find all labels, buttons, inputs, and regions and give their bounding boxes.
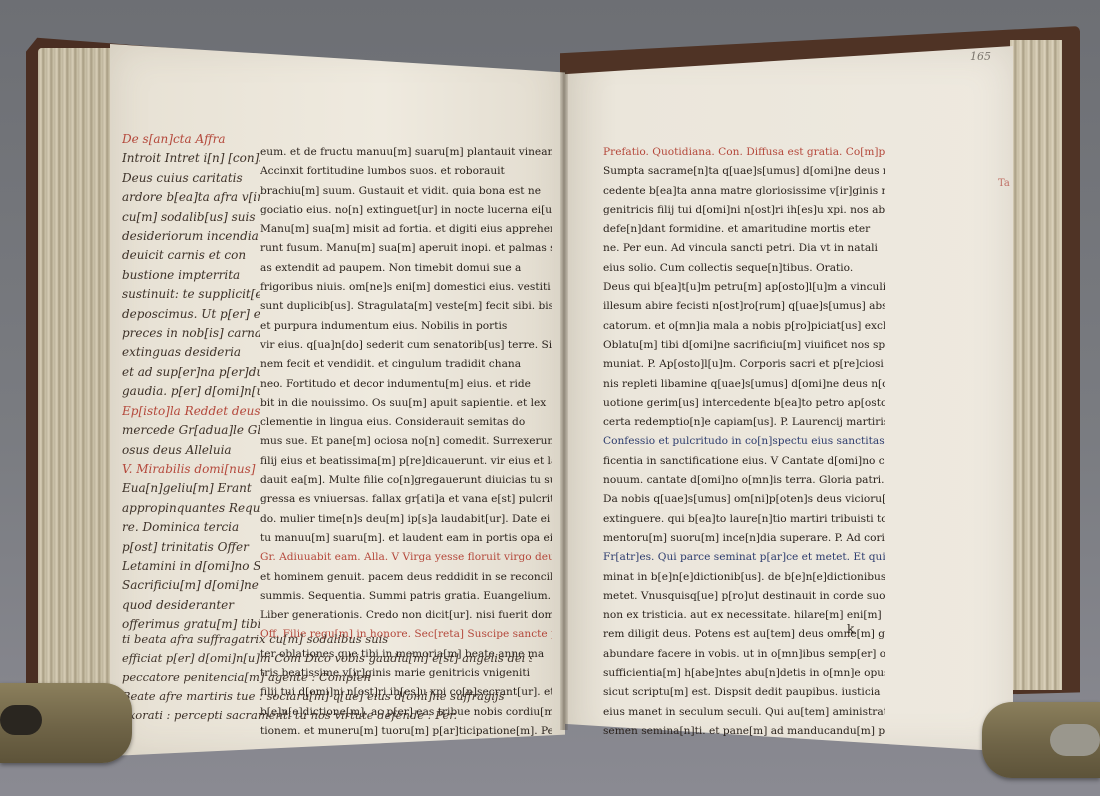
- book-gutter: [560, 70, 568, 730]
- printed-line: eum. et de fructu manuu[m] suaru[m] plan…: [260, 143, 552, 162]
- manuscript-line: Introit Intret i[n] [con]spectu: [122, 149, 260, 168]
- printed-line: do. mulier time[n]s deu[m] ip[s]a laudab…: [260, 510, 552, 529]
- printed-line: vir eius. q[ua]n[do] sederit cum senator…: [260, 336, 552, 355]
- printed-line: mentoru[m] suoru[m] ince[n]dia superare.…: [603, 529, 885, 548]
- printed-line: eius manet in seculum seculi. Qui au[tem…: [603, 703, 885, 722]
- manuscript-line: osus deus Alleluia: [122, 441, 260, 460]
- manuscript-line: preces in nob[is] carnalia: [122, 324, 260, 343]
- printed-line: Fr[atr]es. Qui parce seminat p[ar]ce et …: [603, 548, 885, 567]
- printed-line: illesum abire fecisti n[ost]ro[rum] q[ua…: [603, 297, 885, 316]
- printed-line: runt fusum. Manu[m] sua[m] aperuit inopi…: [260, 239, 552, 258]
- printed-line: abundare facere in vobis. ut in o[mn]ibu…: [603, 645, 885, 664]
- printed-line: certa redemptio[n]e capiam[us]. P. Laure…: [603, 413, 885, 432]
- manuscript-line: extinguas desideria: [122, 343, 260, 362]
- printed-line: Da nobis q[uae]s[umus] om[ni]p[oten]s de…: [603, 490, 885, 509]
- manuscript-line: Beate afre martiris tue : sociaru[m] q[u…: [122, 687, 532, 706]
- printed-line: catorum. et o[mn]ia mala a nobis p[ro]pi…: [603, 317, 885, 336]
- printed-line: eius solio. Cum collectis seque[n]tibus.…: [603, 259, 885, 278]
- manuscript-line: et ad sup[er]na p[er]ducas: [122, 363, 260, 382]
- printed-line: muniat. P. Ap[osto]l[u]m. Corporis sacri…: [603, 355, 885, 374]
- printed-line: Deus qui b[ea]t[u]m petru[m] ap[osto]l[u…: [603, 278, 885, 297]
- printed-line: filij eius et beatissima[m] p[re]dicauer…: [260, 452, 552, 471]
- printed-line: Oblatu[m] tibi d[omi]ne sacrificiu[m] vi…: [603, 336, 885, 355]
- printed-line: cedente b[ea]ta anna matre gloriosissime…: [603, 182, 885, 201]
- printed-line: summis. Sequentia. Summi patris gratia. …: [260, 587, 552, 606]
- folio-number: 165: [970, 50, 991, 63]
- manuscript-line: Deus cuius caritatis: [122, 169, 260, 188]
- printed-line: frigoribus niuis. om[ne]s eni[m] domesti…: [260, 278, 552, 297]
- manuscript-line: bustione impterrita: [122, 266, 260, 285]
- photo-scene: De s[an]cta Affra Introit Intret i[n] [c…: [0, 0, 1100, 796]
- manuscript-line: mercede Gr[adua]le Glori: [122, 421, 260, 440]
- printed-line: extinguere. qui b[ea]to laure[n]tio mart…: [603, 510, 885, 529]
- printed-line: neo. Fortitudo et decor indumentu[m] eiu…: [260, 375, 552, 394]
- manuscript-column: De s[an]cta Affra Introit Intret i[n] [c…: [122, 130, 260, 635]
- manuscript-line: efficiat p[er] d[omi]n[u]m Com Dico vobi…: [122, 649, 532, 668]
- manuscript-line: deposcimus. Ut p[er] eius: [122, 305, 260, 324]
- printed-line: ne. Per eun. Ad vincula sancti petri. Di…: [603, 239, 885, 258]
- manuscript-line: peccatore penitencia[m] agente : Complen: [122, 668, 532, 687]
- printed-line: Accinxit fortitudine lumbos suos. et rob…: [260, 162, 552, 181]
- manuscript-line: De s[an]cta Affra: [122, 130, 260, 149]
- right-page-edges: [1010, 40, 1062, 690]
- right-brass-clasp: [982, 702, 1100, 778]
- printed-line: nem fecit et vendidit. et cingulum tradi…: [260, 355, 552, 374]
- manuscript-line: Letamini in d[omi]no Sec[reta]: [122, 557, 260, 576]
- printed-line: Sumpta sacrame[n]ta q[uae]s[umus] d[omi]…: [603, 162, 885, 181]
- manuscript-line: ti beata afra suffragatrix cu[m] sodalib…: [122, 630, 532, 649]
- printed-line: tu manuu[m] suaru[m]. et laudent eam in …: [260, 529, 552, 548]
- printed-line: dauit ea[m]. Multe filie co[n]gregauerun…: [260, 471, 552, 490]
- printed-line: bit in die nouissimo. Os suu[m] apuit sa…: [260, 394, 552, 413]
- manuscript-line: re. Dominica tercia: [122, 518, 260, 537]
- manuscript-line: Sacrificiu[m] d[omi]ne: [122, 576, 260, 595]
- manuscript-line: desideriorum incendia: [122, 227, 260, 246]
- printed-line: et hominem genuit. pacem deus reddidit i…: [260, 568, 552, 587]
- printed-line: rem diligit deus. Potens est au[tem] deu…: [603, 625, 885, 644]
- printed-line: Confessio et pulcritudo in co[n]spectu e…: [603, 432, 885, 451]
- manuscript-line: Eua[n]geliu[m] Erant: [122, 479, 260, 498]
- manuscript-line: appropinquantes Requi: [122, 499, 260, 518]
- printed-line: genitricis filij tui d[omi]ni n[ost]ri i…: [603, 201, 885, 220]
- manuscript-line: V. Mirabilis domi[nus]: [122, 460, 260, 479]
- margin-note: Ta: [998, 178, 1010, 189]
- printed-line: semen semina[n]ti. et pane[m] ad manduca…: [603, 722, 885, 741]
- manuscript-line: quod desideranter: [122, 596, 260, 615]
- manuscript-line: ardore b[ea]ta afra v[ir]go: [122, 188, 260, 207]
- printed-line: clementie in lingua eius. Considerauit s…: [260, 413, 552, 432]
- printed-line: Gr. Adiuuabit eam. Alla. V Virga yesse f…: [260, 548, 552, 567]
- printed-line: non ex tristicia. aut ex necessitate. hi…: [603, 606, 885, 625]
- manuscript-line: gaudia. p[er] d[omi]n[u]m: [122, 382, 260, 401]
- printed-line: nouum. cantate d[omi]no o[mn]is terra. G…: [603, 471, 885, 490]
- printed-line: ficentia in sanctificatione eius. V Cant…: [603, 452, 885, 471]
- printed-line: brachiu[m] suum. Gustauit et vidit. quia…: [260, 182, 552, 201]
- printed-line: minat in b[e]n[e]dictionib[us]. de b[e]n…: [603, 568, 885, 587]
- manuscript-line: exorati : percepti sacramenti tu nos vir…: [122, 706, 532, 725]
- manuscript-line: deuicit carnis et con: [122, 246, 260, 265]
- printed-line: sufficientia[m] h[abe]ntes abu[n]detis i…: [603, 664, 885, 683]
- printed-line: gressa es vniuersas. fallax gr[ati]a et …: [260, 490, 552, 509]
- manuscript-line: sustinuit: te supplicit[er]: [122, 285, 260, 304]
- printed-line: sunt duplicib[us]. Stragulata[m] veste[m…: [260, 297, 552, 316]
- printed-line: gociatio eius. no[n] extinguet[ur] in no…: [260, 201, 552, 220]
- signature-mark: k: [847, 622, 854, 636]
- manuscript-line: p[ost] trinitatis Offer: [122, 538, 260, 557]
- printed-line: nis repleti libamine q[uae]s[umus] d[omi…: [603, 375, 885, 394]
- printed-line: as extendit ad paupem. Non timebit domui…: [260, 259, 552, 278]
- left-page-edges: [38, 48, 116, 698]
- printed-line: et purpura indumentum eius. Nobilis in p…: [260, 317, 552, 336]
- printed-line: mus sue. Et pane[m] ociosa no[n] comedit…: [260, 432, 552, 451]
- printed-line: metet. Vnusquisq[ue] p[ro]ut destinauit …: [603, 587, 885, 606]
- clasp-slot: [0, 705, 42, 735]
- printed-line: sicut scriptu[m] est. Dispsit dedit paup…: [603, 683, 885, 702]
- printed-line: defe[n]dant formidine. et amaritudine mo…: [603, 220, 885, 239]
- right-printed-column: Prefatio. Quotidiana. Con. Diffusa est g…: [603, 143, 885, 741]
- left-brass-clasp: [0, 683, 132, 763]
- clasp-slot: [1050, 724, 1100, 756]
- manuscript-line: cu[m] sodalib[us] suis illicita: [122, 208, 260, 227]
- printed-line: uotione gerim[us] intercedente b[ea]to p…: [603, 394, 885, 413]
- printed-line: Prefatio. Quotidiana. Con. Diffusa est g…: [603, 143, 885, 162]
- manuscript-line: Ep[isto]la Reddet deus: [122, 402, 260, 421]
- printed-line: Manu[m] sua[m] misit ad fortia. et digit…: [260, 220, 552, 239]
- manuscript-bottom-block: ti beata afra suffragatrix cu[m] sodalib…: [122, 630, 532, 725]
- printed-line: Liber generationis. Credo non dicit[ur].…: [260, 606, 552, 625]
